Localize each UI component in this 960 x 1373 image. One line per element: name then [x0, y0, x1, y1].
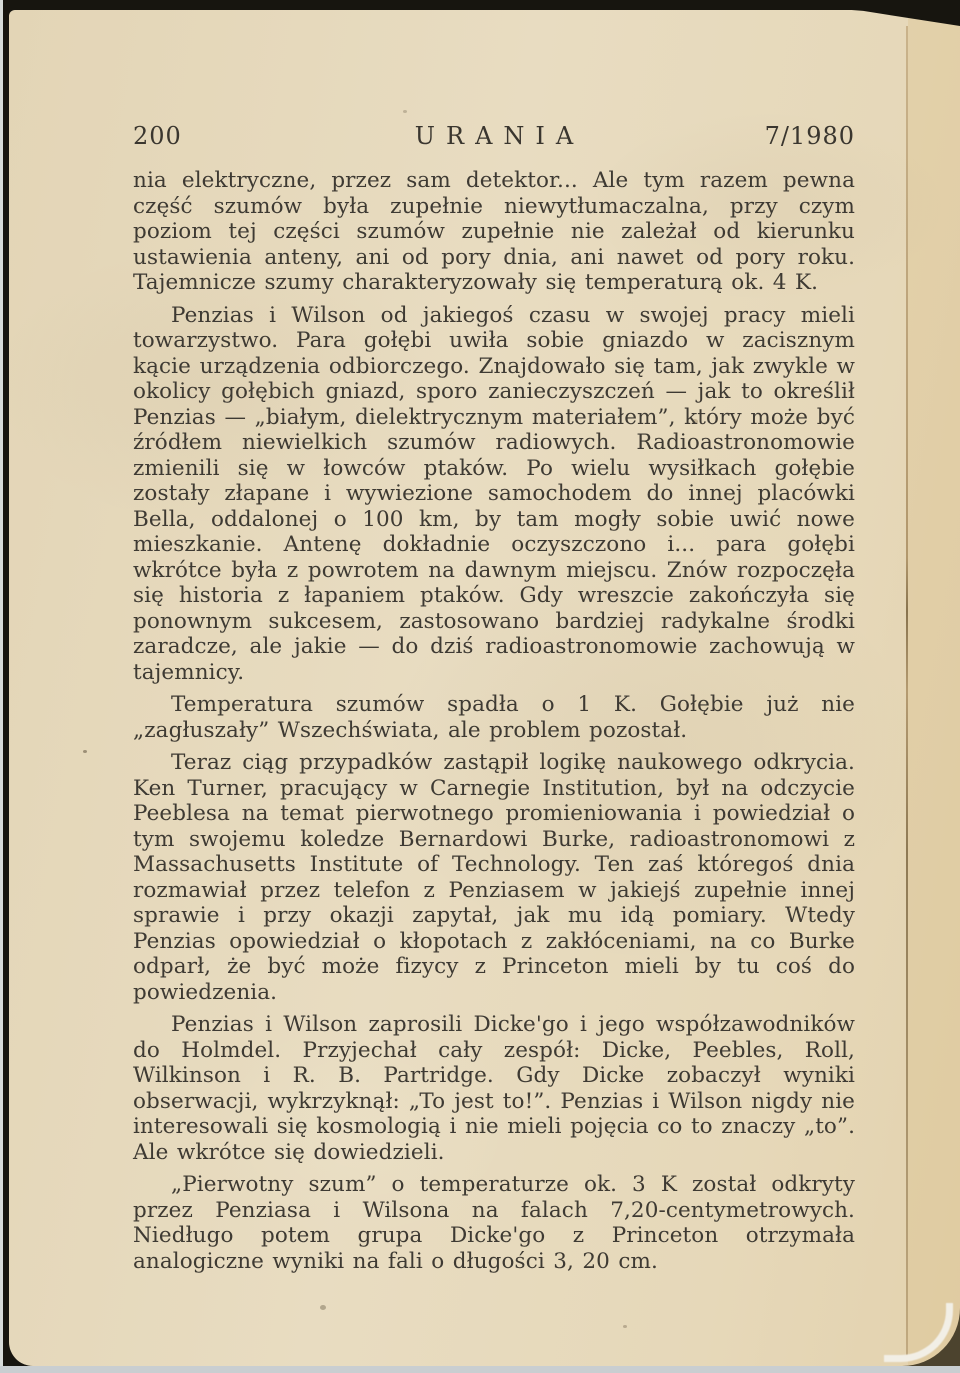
paragraph-4: Teraz ciąg przypadków zastąpił logikę na…: [133, 750, 855, 1005]
page-number: 200: [133, 122, 182, 150]
scanner-strip-bottom: [0, 1366, 960, 1373]
paragraph-1: nia elektryczne, przez sam detektor... A…: [133, 168, 855, 296]
journal-title: URANIA: [404, 122, 584, 150]
paragraph-5: Penzias i Wilson zaprosili Dicke'go i je…: [133, 1012, 855, 1165]
page-header: 200 URANIA 7/1980: [133, 122, 855, 150]
issue-number: 7/1980: [765, 122, 855, 150]
paragraph-3: Temperatura szumów spadła o 1 K. Gołębie…: [133, 692, 855, 743]
page-content: 200 URANIA 7/1980 nia elektryczne, przez…: [133, 122, 855, 1281]
article-text: nia elektryczne, przez sam detektor... A…: [133, 168, 855, 1274]
scanner-edge-left: [0, 0, 3, 1373]
paragraph-6: „Pierwotny szum” o temperaturze ok. 3 K …: [133, 1172, 855, 1274]
scanned-book-page: 200 URANIA 7/1980 nia elektryczne, przez…: [0, 0, 960, 1373]
paragraph-2: Penzias i Wilson od jakiegoś czasu w swo…: [133, 303, 855, 686]
paper-specks: [83, 750, 87, 753]
page-fold-line: [906, 26, 908, 1357]
page-right-edge: [908, 10, 960, 1366]
